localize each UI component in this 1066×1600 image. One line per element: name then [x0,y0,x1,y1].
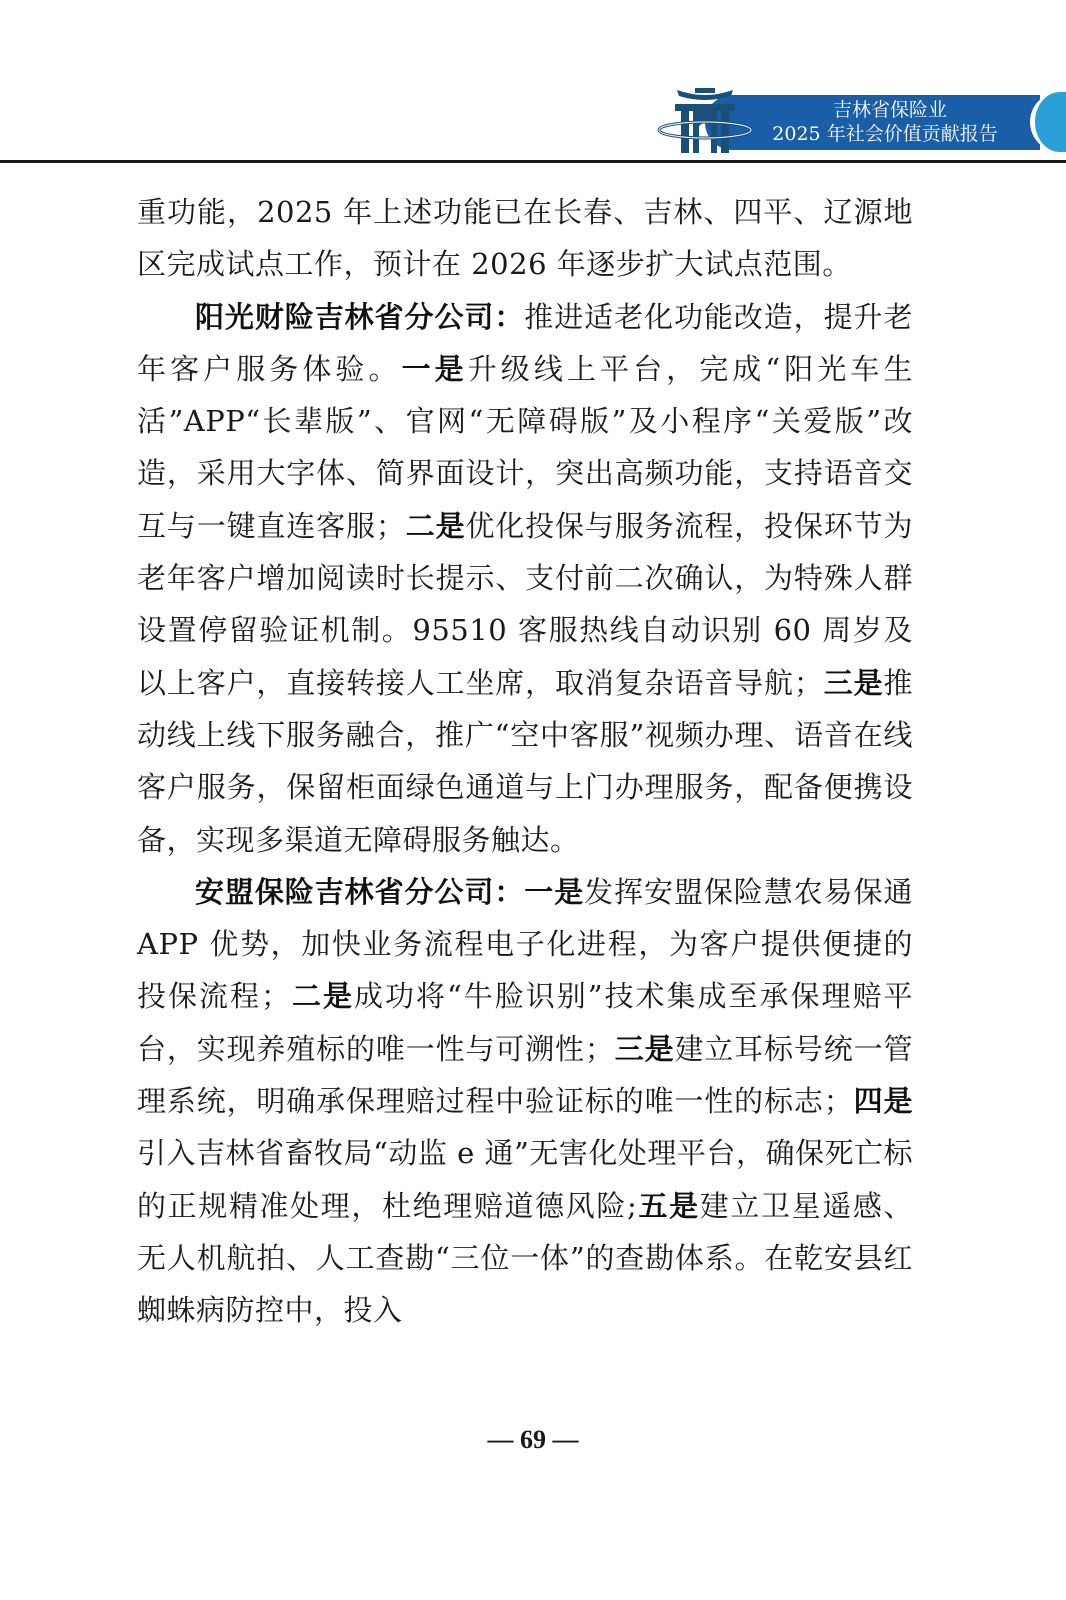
paragraph-groupama-insurance: 安盟保险吉林省分公司：一是发挥安盟保险慧农易保通 APP 优势，加快业务流程电子… [137,866,913,1337]
company-heading: 阳光财险吉林省分公司： [195,300,524,334]
header-divider [0,160,1066,163]
point-label: 四是 [853,1084,913,1118]
page-header: 吉林省保险业 2025 年社会价值贡献报告 [0,0,1066,165]
point-label: 二是 [405,509,465,543]
point-label: 三是 [614,1032,674,1066]
body-text: 重功能，2025 年上述功能已在长春、吉林、四平、辽源地区完成试点工作，预计在 … [137,186,913,1337]
company-heading: 安盟保险吉林省分公司： [195,875,524,909]
point-label: 一是 [524,875,584,909]
text-segment: 重功能，2025 年上述功能已在长春、吉林、四平、辽源地区完成试点工作，预计在 … [137,195,913,281]
report-title-line2: 2025 年社会价值贡献报告 [735,122,1035,146]
point-label: 二是 [290,979,353,1013]
point-label: 三是 [823,666,883,700]
paragraph-sunshine-insurance: 阳光财险吉林省分公司：推进适老化功能改造，提升老年客户服务体验。一是升级线上平台… [137,291,913,866]
point-label: 一是 [402,352,468,386]
report-title-line1: 吉林省保险业 [735,98,1035,122]
paragraph-continuation: 重功能，2025 年上述功能已在长春、吉林、四平、辽源地区完成试点工作，预计在 … [137,186,913,291]
report-title: 吉林省保险业 2025 年社会价值贡献报告 [735,98,1035,146]
point-label: 五是 [637,1189,699,1223]
page-number: — 69 — [0,1425,1066,1455]
